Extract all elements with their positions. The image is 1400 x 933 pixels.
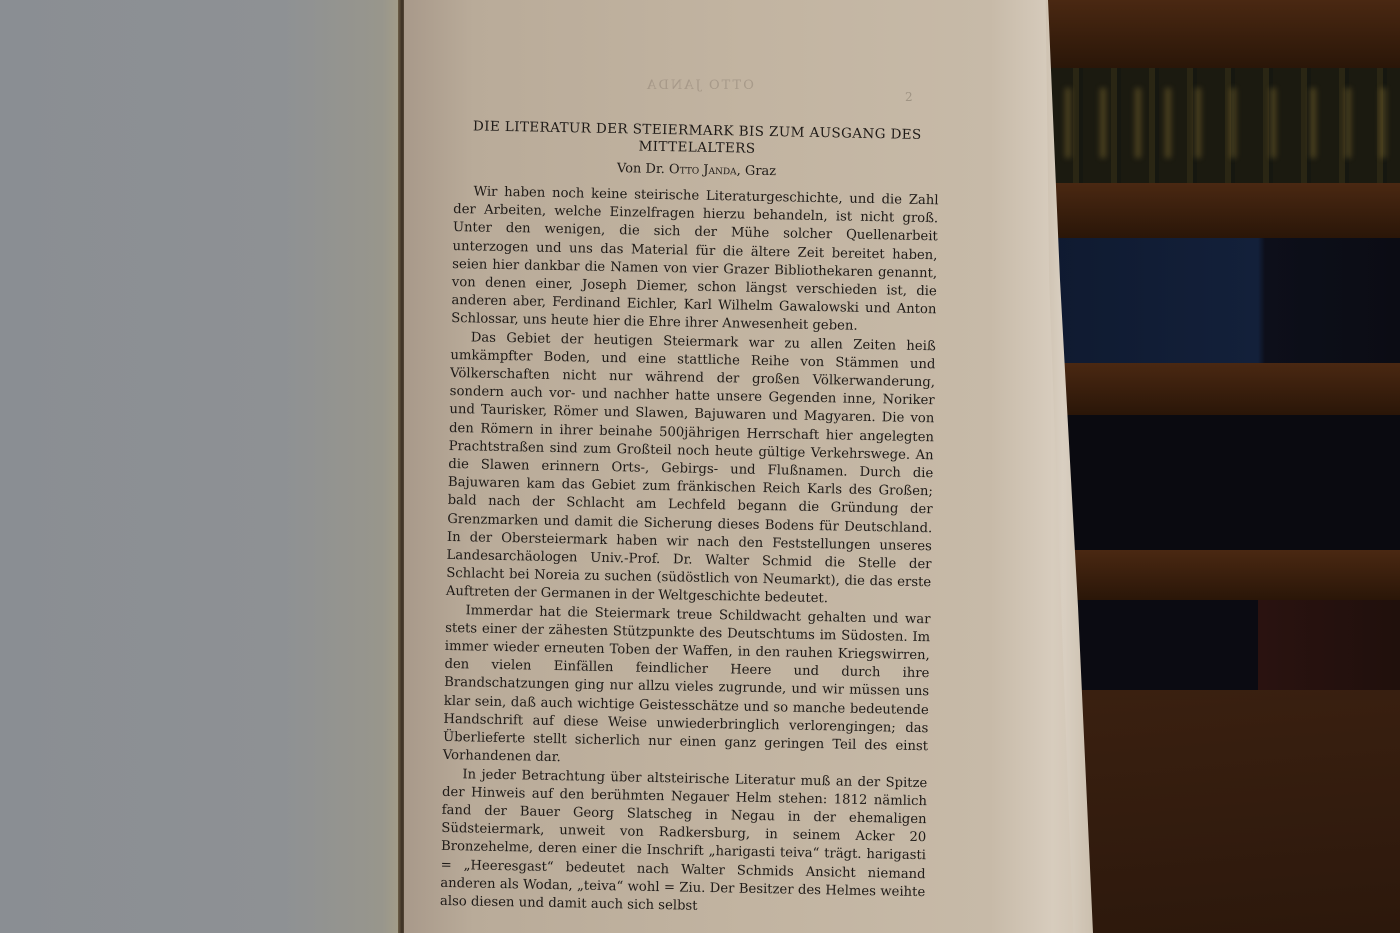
- paragraph-1: Wir haben noch keine steirische Literatu…: [451, 183, 939, 338]
- left-page-endpaper: [0, 0, 402, 933]
- byline-place: , Graz: [736, 163, 776, 179]
- shelf-board: [1030, 0, 1400, 68]
- book-row-blue: [1045, 238, 1400, 363]
- byline-prefix: Von Dr.: [617, 161, 665, 177]
- shelf-board: [1030, 550, 1400, 600]
- shelf-board: [1030, 363, 1400, 415]
- paragraph-3: Immerdar hat die Steiermark treue Schild…: [443, 602, 931, 775]
- wooden-table: [1070, 690, 1400, 933]
- book-row-bottom: [1045, 600, 1400, 690]
- bleed-through-running-head: OTTO JANDA: [645, 78, 754, 93]
- paragraph-2: Das Gebiet der heutigen Steiermark war z…: [446, 329, 936, 611]
- article-text-block: DIE LITERATUR DER STEIERMARK BIS ZUM AUS…: [440, 118, 940, 920]
- book-photo-scene: OTTO JANDA 2 DIE LITERATUR DER STEIERMAR…: [0, 0, 1400, 933]
- book-row-top: [1045, 68, 1400, 183]
- paragraph-4: In jeder Betrachtung über altsteirische …: [440, 765, 928, 920]
- byline-author: Otto Janda: [669, 162, 737, 178]
- title-line-2: MITTELALTERS: [638, 139, 755, 157]
- bleed-through-page-number: 2: [905, 90, 913, 104]
- book-row-dark: [1045, 415, 1400, 550]
- byline: Von Dr. Otto Janda, Graz: [454, 158, 939, 182]
- shelf-board: [1030, 183, 1400, 238]
